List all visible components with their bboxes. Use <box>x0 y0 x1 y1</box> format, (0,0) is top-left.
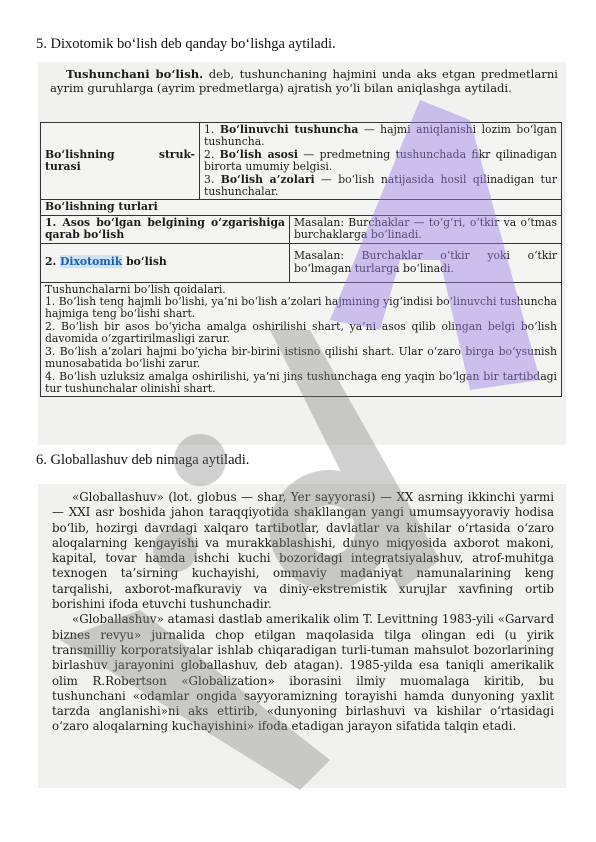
rules-row: Tushunchalarni bo‘lish qoidalari. 1. Bo‘… <box>41 282 562 397</box>
item-term: Bo‘lish asosi <box>220 148 298 161</box>
type-row-1: 1. Asos bo‘lgan belgining o‘zgarishiga q… <box>41 216 561 243</box>
paragraph-text: «Globallashuv» (lot. globus — shar, Yer … <box>52 490 554 611</box>
type-row-2: 2. Dixotomik bo‘lish Masalan: Burchaklar… <box>41 243 561 282</box>
rule-item: 3. Bo‘lish a’zolari hajmi bo‘yicha bir-b… <box>45 346 557 371</box>
question-6: 6. Globallashuv deb nimaga aytiladi. <box>36 452 249 469</box>
rules-cell: Tushunchalarni bo‘lish qoidalari. 1. Bo‘… <box>41 282 562 397</box>
rule-item: 1. Bo‘lish teng hajmli bo‘lishi, ya’ni b… <box>45 296 557 321</box>
rule-item: 4. Bo‘lish uzluksiz amalga oshirilishi, … <box>45 371 557 396</box>
types-header-row: Bo‘lishning turlari <box>41 200 562 215</box>
type-example: Masalan: Burchaklar o‘tkir yoki o‘tkir b… <box>290 243 562 282</box>
types-header: Bo‘lishning turlari <box>41 200 562 215</box>
structure-item: 1. Bo‘linuvchi tushuncha — hajmi aniqlan… <box>204 124 557 149</box>
paragraph-text: «Globallashuv» atamasi dastlab amerikali… <box>52 612 554 733</box>
globalization-paragraph-2: «Globallashuv» atamasi dastlab amerikali… <box>38 612 566 734</box>
question-5: 5. Dixotomik bo‘lish deb qanday bo‘lishg… <box>36 36 336 53</box>
types-subtable: 1. Asos bo‘lgan belgining o‘zgarishiga q… <box>41 216 561 282</box>
item-num: 3. <box>204 173 221 186</box>
structure-item: 3. Bo‘lish a’zolari — bo‘lish natijasida… <box>204 174 557 199</box>
type-label-pre: 2. <box>45 255 60 268</box>
dixotomik-highlight: Dixotomik <box>60 255 122 268</box>
type-row-cell: 1. Asos bo‘lgan belgining o‘zgarishiga q… <box>41 215 562 282</box>
type-label: 2. Dixotomik bo‘lish <box>41 243 290 282</box>
globalization-paragraph-1: «Globallashuv» (lot. globus — shar, Yer … <box>38 484 566 612</box>
scan-image-division: Tushunchani bo‘lish. deb, tushunchaning … <box>38 62 566 445</box>
type-label-post: bo‘lish <box>122 255 166 268</box>
structure-label-line2: turasi <box>45 161 195 173</box>
type-row: 1. Asos bo‘lgan belgining o‘zgarishiga q… <box>41 215 562 282</box>
item-term: Bo‘lish a’zolari <box>221 173 315 186</box>
structure-item: 2. Bo‘lish asosi — predmetning tushuncha… <box>204 149 557 174</box>
item-term: Bo‘linuvchi tushuncha <box>220 123 359 136</box>
definition-paragraph: Tushunchani bo‘lish. deb, tushunchaning … <box>38 67 566 95</box>
structure-items: 1. Bo‘linuvchi tushuncha — hajmi aniqlan… <box>200 123 562 200</box>
rule-item: 2. Bo‘lish bir asos bo‘yicha amalga oshi… <box>45 321 557 346</box>
scan-image-globalization: «Globallashuv» (lot. globus — shar, Yer … <box>38 484 566 788</box>
item-num: 1. <box>204 123 220 136</box>
type-example: Masalan: Burchaklar — to‘g‘ri, o‘tkir va… <box>290 216 562 243</box>
definition-term: Tushunchani bo‘lish. <box>66 67 203 81</box>
division-table: Bo‘lishning struk- turasi 1. Bo‘linuvchi… <box>40 122 562 397</box>
structure-label: Bo‘lishning struk- turasi <box>41 123 200 200</box>
type-label: 1. Asos bo‘lgan belgining o‘zgarishiga q… <box>41 216 290 243</box>
structure-row: Bo‘lishning struk- turasi 1. Bo‘linuvchi… <box>41 123 562 200</box>
item-num: 2. <box>204 148 220 161</box>
